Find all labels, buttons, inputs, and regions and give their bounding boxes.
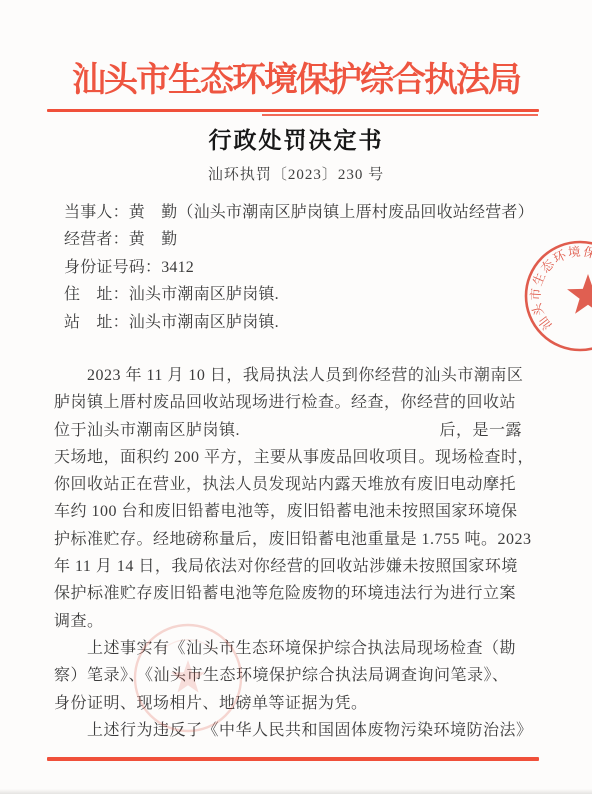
body-line-with-redaction-gap: 位于汕头市潮南区胪岗镇. 后，是一露 — [54, 417, 522, 444]
document-page: 汕头市生态环境保护综合执法局 行政处罚决定书 汕环执罚〔2023〕230 号 当… — [0, 0, 592, 794]
body-line: 你回收站正在营业，执法人员发现站内露天堆放有废旧电动摩托 — [54, 471, 522, 498]
body-line: 上述行为违反了《中华人民共和国固体废物污染环境防治法》 — [54, 717, 522, 744]
document-number: 汕环执罚〔2023〕230 号 — [0, 163, 592, 184]
info-line-operator: 经营者：黄 勤 — [64, 226, 534, 253]
scan-page-edge — [0, 789, 592, 794]
footer-rule — [47, 757, 539, 761]
body-line: 年 11 月 14 日，我局依法对你经营的回收站涉嫌未按照国家环境 — [54, 553, 522, 580]
letterhead-rule — [47, 109, 539, 112]
body-line: 车约 100 台和废旧铅蓄电池等，废旧铅蓄电池未按照国家环境保 — [54, 498, 522, 525]
gap-line-left-text: 位于汕头市潮南区胪岗镇. — [54, 417, 240, 444]
body-line: 察）笔录》、《汕头市生态环境保护综合执法局调查询问笔录》、 — [54, 662, 522, 689]
info-line-id-number: 身份证号码：3412 — [64, 254, 534, 281]
document-type-heading: 行政处罚决定书 — [0, 122, 592, 155]
info-line-residence: 住 址：汕头市潮南区胪岗镇. — [64, 281, 534, 308]
svg-text:汕头市生态环境保护综合执法局: 汕头市生态环境保护综合执法局 — [528, 243, 592, 336]
body-line: 2023 年 11 月 10 日，我局执法人员到你经营的汕头市潮南区 — [54, 362, 522, 389]
body-text-block: 2023 年 11 月 10 日，我局执法人员到你经营的汕头市潮南区 胪岗镇上厝… — [54, 362, 522, 744]
body-line: 护标准贮存。经地磅称量后，废旧铅蓄电池重量是 1.755 吨。2023 — [54, 526, 522, 553]
party-info-block: 当事人：黄 勤（汕头市潮南区胪岗镇上厝村废品回收站经营者） 经营者：黄 勤 身份… — [64, 199, 534, 336]
body-line: 上述事实有《汕头市生态环境保护综合执法局现场检查（勘 — [54, 635, 522, 662]
seal-ring-text: 汕头市生态环境保护综合执法局 — [528, 243, 592, 336]
letterhead-rule-echo — [262, 114, 538, 116]
body-line: 胪岗镇上厝村废品回收站现场进行检查。经查，你经营的回收站 — [54, 389, 522, 416]
info-line-party: 当事人：黄 勤（汕头市潮南区胪岗镇上厝村废品回收站经营者） — [64, 199, 534, 226]
seal-star-icon — [567, 274, 592, 314]
body-line: 调查。 — [54, 608, 522, 635]
body-line: 天场地，面积约 200 平方，主要从事废品回收项目。现场检查时， — [54, 444, 522, 471]
agency-title: 汕头市生态环境保护综合执法局 — [0, 52, 592, 101]
body-line: 保护标准贮存废旧铅蓄电池等危险废物的环境违法行为进行立案 — [54, 580, 522, 607]
body-line: 身份证明、现场相片、地磅单等证据为凭。 — [54, 690, 522, 717]
info-line-station-address: 站 址：汕头市潮南区胪岗镇. — [64, 309, 534, 336]
gap-line-right-text: 后，是一露 — [439, 417, 522, 444]
